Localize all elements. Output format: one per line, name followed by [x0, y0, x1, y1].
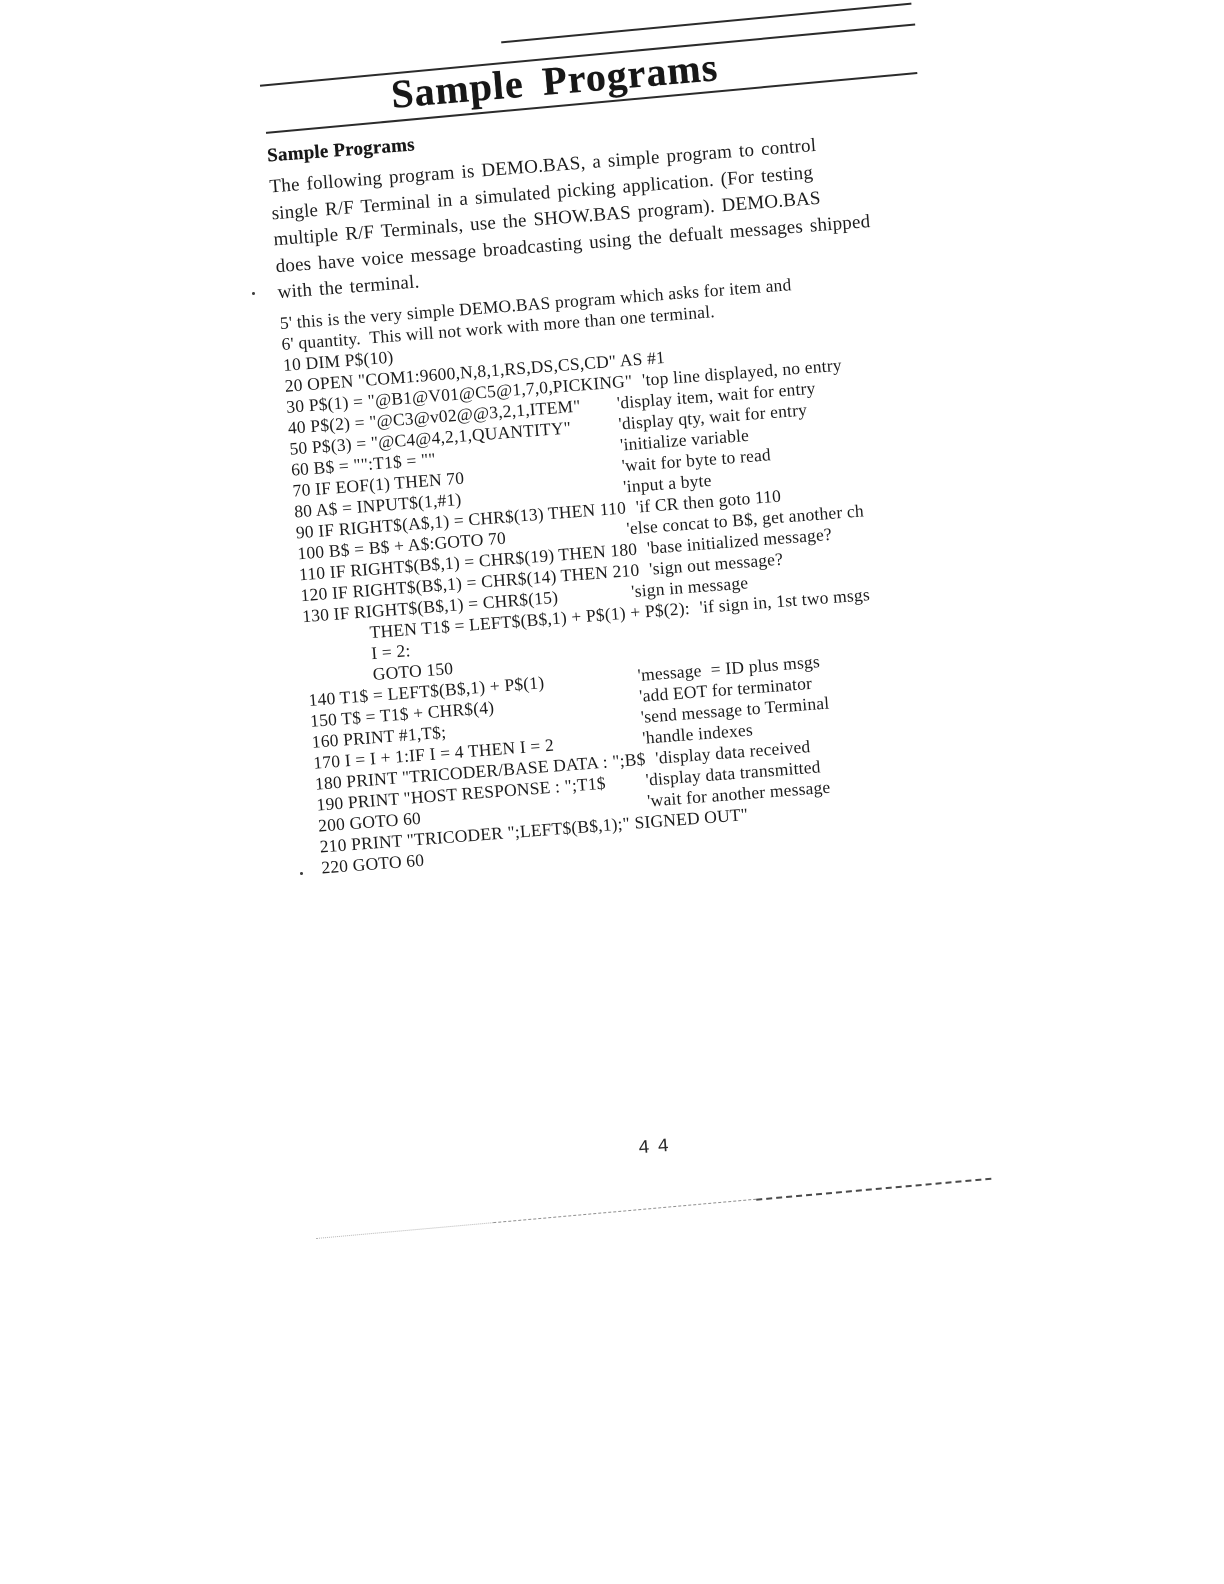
- page-number: 44: [344, 1109, 1000, 1181]
- scan-artifact-segment: [756, 1178, 991, 1201]
- scan-artifact-segment: [493, 1199, 756, 1224]
- scanned-page: Sample Programs Sample Programs The foll…: [0, 0, 1224, 1584]
- scan-dot: [300, 872, 303, 875]
- page-sheet: Sample Programs Sample Programs The foll…: [256, 0, 1003, 1181]
- code-text: I = 2:: [370, 640, 411, 664]
- code-listing: 5' this is the very simple DEMO.BAS prog…: [279, 263, 980, 878]
- scan-dot: [252, 292, 255, 295]
- header-rule-top: [501, 3, 911, 44]
- scan-artifact-segment: [316, 1222, 493, 1240]
- scan-artifact-line: [316, 1178, 991, 1240]
